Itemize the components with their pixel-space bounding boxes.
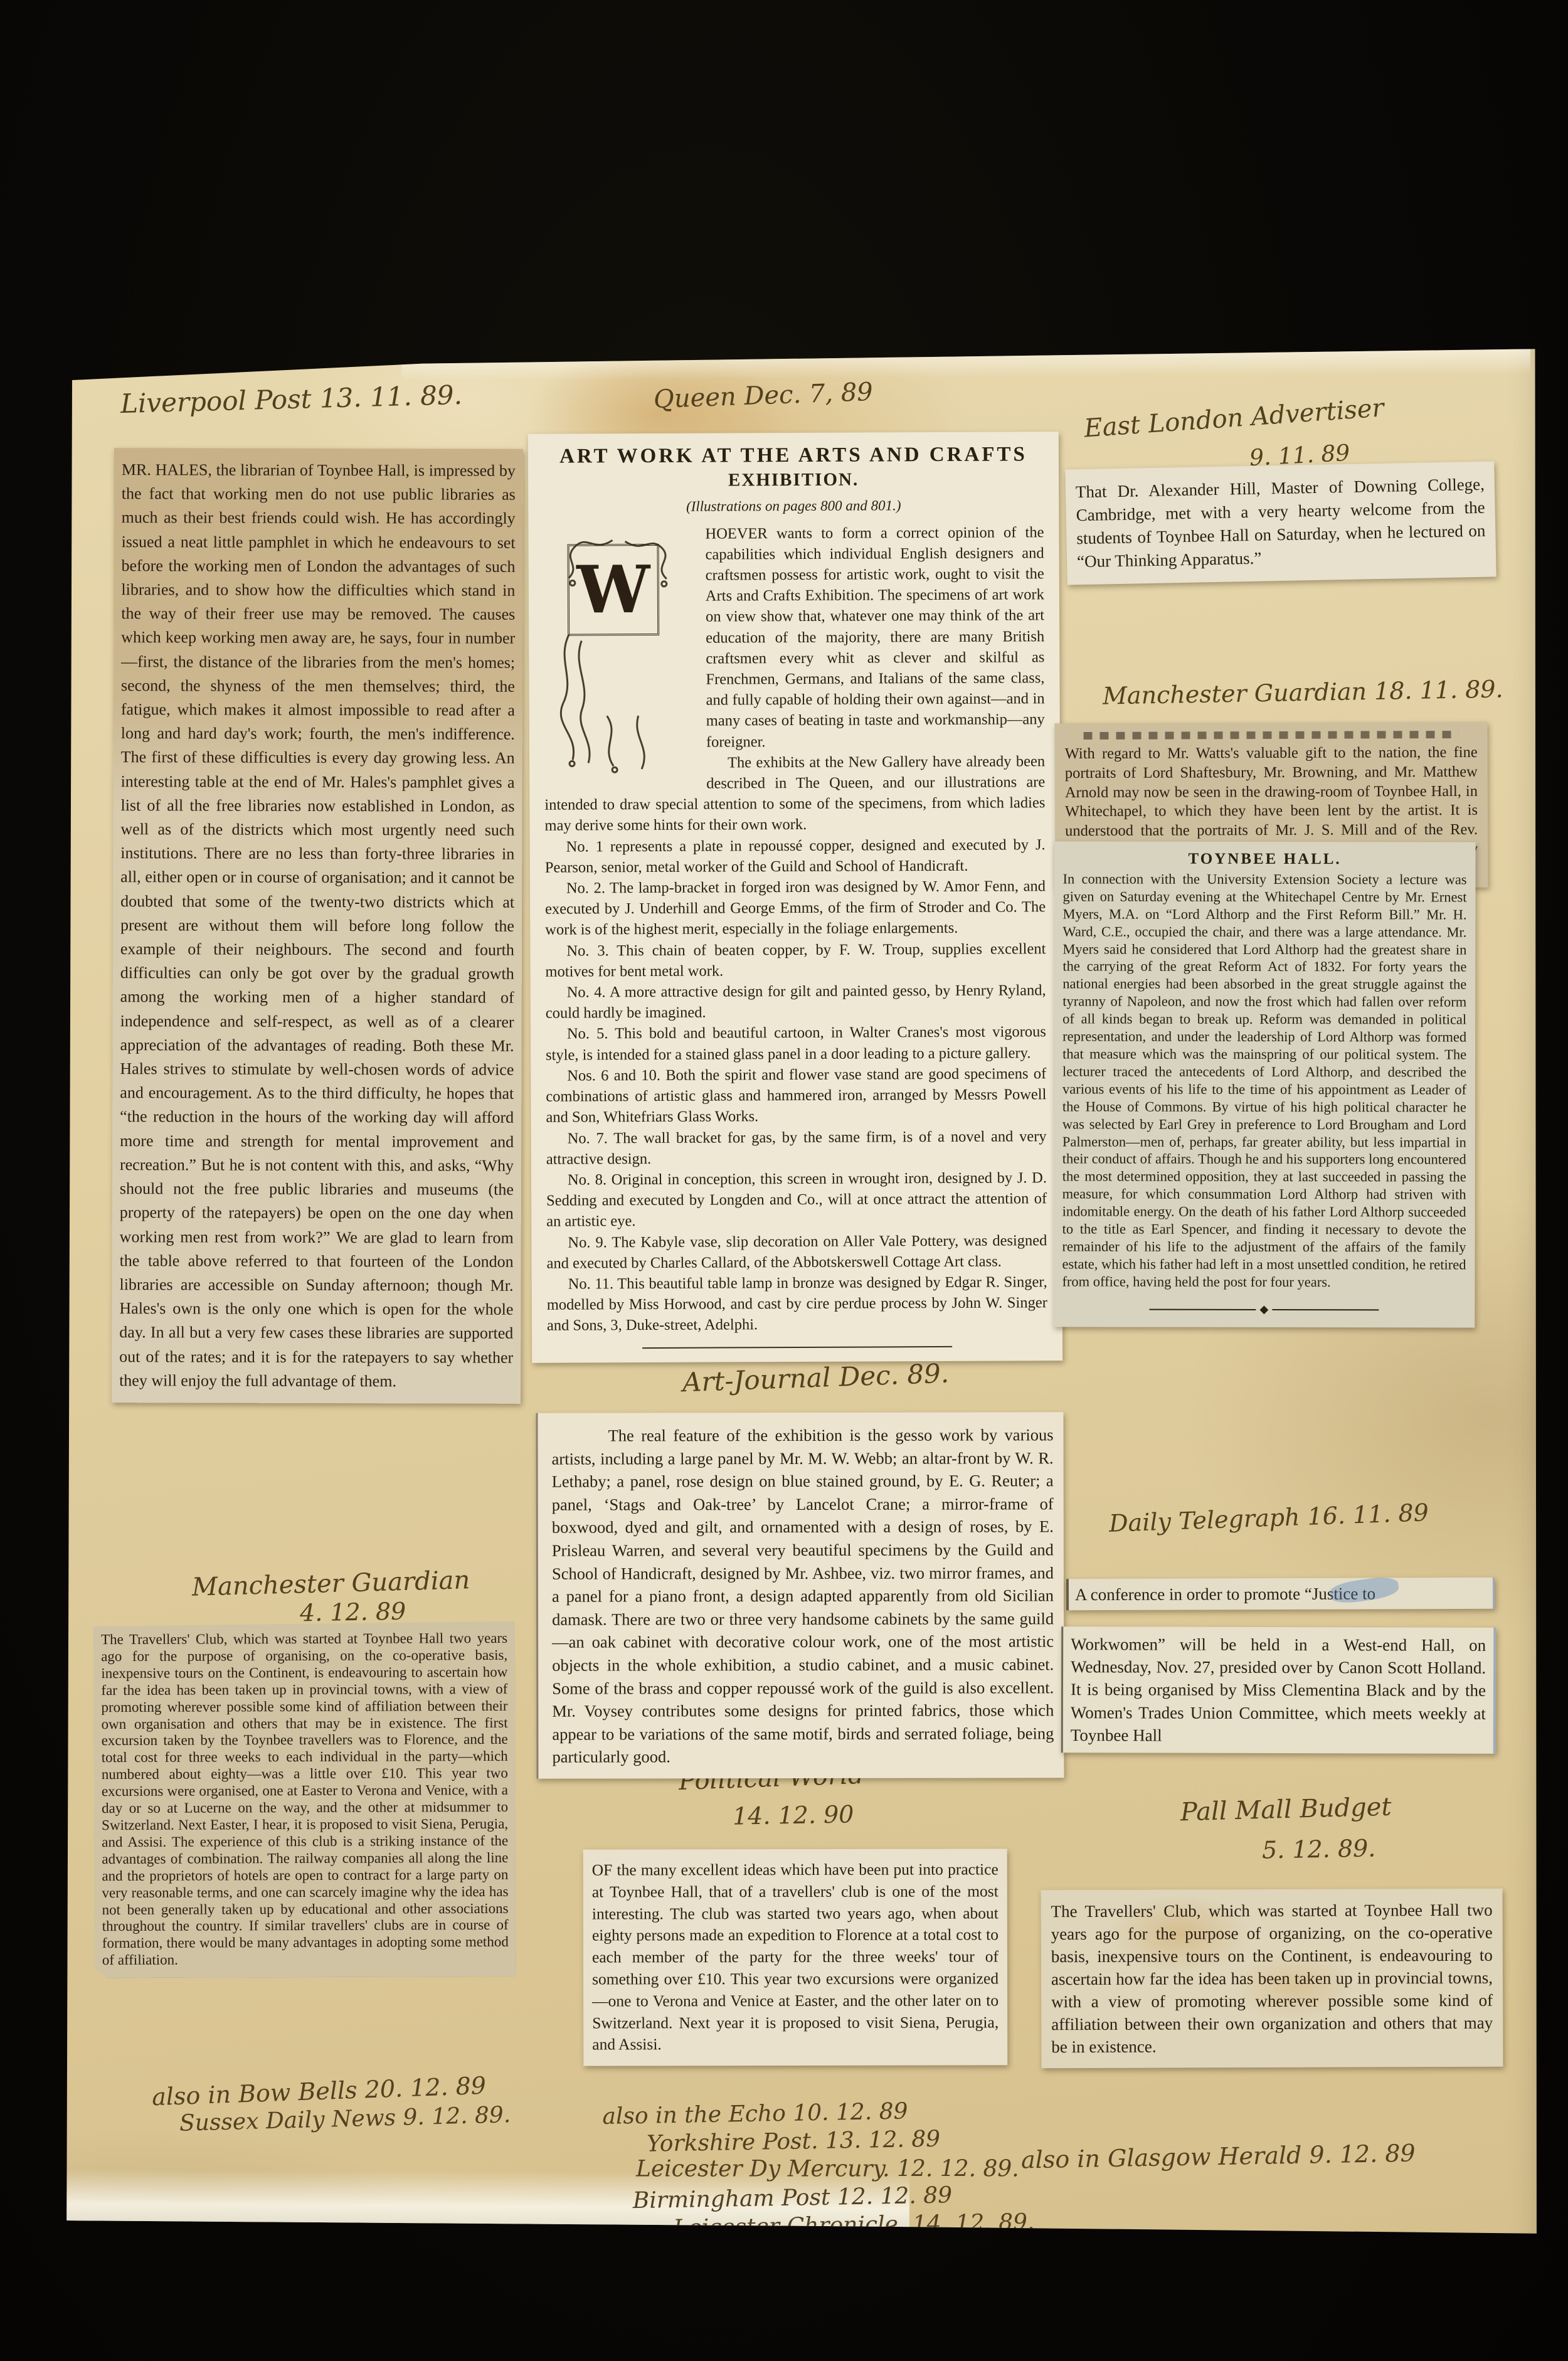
ornamental-initial-block: W — [543, 527, 695, 778]
handwritten-source-pall-mall-budget: Pall Mall Budget — [1180, 1793, 1392, 1827]
clipping-text: The Travellers' Club, which was started … — [1051, 1899, 1493, 2058]
handwritten-date-political-world: 14. 12. 90 — [733, 1800, 854, 1830]
handwritten-source-east-london-advertiser: East London Advertiser — [1083, 393, 1385, 443]
clipping-pall-mall-budget-travellers-club: The Travellers' Club, which was started … — [1041, 1889, 1503, 2069]
article-paragraph: No. 3. This chain of beaten copper, by F… — [545, 938, 1046, 982]
article-subhead: EXHIBITION. — [543, 469, 1044, 492]
clipping-text: That Dr. Alexander Hill, Master of Downi… — [1076, 473, 1486, 573]
handwritten-source-manchester-guardian-dec: Manchester Guardian — [191, 1566, 470, 1602]
article-paragraph: No. 7. The wall bracket for gas, by the … — [546, 1126, 1047, 1170]
decorative-end-rule: ◆ — [1062, 1300, 1466, 1318]
scrapbook-photograph: Liverpool Post 13. 11. 89. Queen Dec. 7,… — [0, 0, 1568, 2361]
clipping-daily-telegraph-justice-strip: A conference in order to promote “Justic… — [1066, 1578, 1495, 1610]
clipping-text: Workwomen” will be held in a West-end Ha… — [1071, 1633, 1486, 1748]
clipping-cambridge-express-toynbee-hall-lecture: TOYNBEE HALL. In connection with the Uni… — [1053, 841, 1475, 1327]
article-paragraph: No. 2. The lamp-bracket in forged iron w… — [545, 876, 1046, 940]
handwritten-source-art-journal: Art-Journal Dec. 89. — [682, 1358, 950, 1398]
handwritten-source-liverpool-post: Liverpool Post 13. 11. 89. — [120, 379, 462, 419]
clipping-text: MR. HALES, the librarian of Toynbee Hall… — [119, 458, 516, 1394]
also-list-item: Leicester Dy Mercury. 12. 12. 89. — [636, 2157, 1034, 2182]
also-list-item: also in the Echo 10. 12. 89 — [602, 2096, 1033, 2130]
handwritten-source-manchester-guardian-nov: Manchester Guardian 18. 11. 89. — [1103, 675, 1503, 709]
clipping-text: In connection with the University Extens… — [1062, 870, 1466, 1291]
clipping-header: TOYNBEE HALL. — [1063, 850, 1467, 868]
article-paragraph: No. 4. A more attractive design for gilt… — [546, 980, 1046, 1024]
drop-cap-initial: W — [568, 544, 660, 636]
end-rule — [642, 1345, 953, 1348]
article-paragraph: No. 5. This bold and beautiful cartoon, … — [546, 1022, 1046, 1066]
clipping-daily-telegraph-justice-body: Workwomen” will be held in a West-end Ha… — [1061, 1626, 1496, 1754]
article-paragraph: No. 8. Original in conception, this scre… — [546, 1167, 1047, 1232]
article-paragraph: Nos. 6 and 10. Both the spirit and flowe… — [546, 1063, 1046, 1128]
handwritten-also-published-list: also in the Echo 10. 12. 89 Yorkshire Po… — [602, 2096, 1035, 2245]
clipping-liverpool-post-hales-libraries: MR. HALES, the librarian of Toynbee Hall… — [112, 448, 523, 1404]
clipping-queen-arts-and-crafts: ART WORK AT THE ARTS AND CRAFTS EXHIBITI… — [528, 432, 1062, 1362]
also-list-item: Leicester Chronicle. 14. 12. 89. — [673, 2209, 1035, 2241]
torn-page-edge-top — [401, 346, 1530, 381]
article-paragraph: No. 1 represents a plate in repoussé cop… — [545, 834, 1046, 878]
clipping-text: The real feature of the exhibition is th… — [552, 1423, 1054, 1768]
clipping-text: A conference in order to promote “Justic… — [1075, 1583, 1486, 1605]
scrapbook-page: Liverpool Post 13. 11. 89. Queen Dec. 7,… — [0, 0, 1568, 2361]
also-list-item: Yorkshire Post. 13. 12. 89 — [647, 2125, 1034, 2157]
article-paragraph: No. 11. This beautiful table lamp in bro… — [547, 1271, 1047, 1336]
clipping-manchester-guardian-travellers-club: The Travellers' Club, which was started … — [93, 1621, 516, 1978]
handwritten-also-glasgow-herald: also in Glasgow Herald 9. 12. 89 — [1021, 2140, 1416, 2174]
handwritten-source-queen: Queen Dec. 7, 89 — [653, 378, 873, 414]
handwritten-date-manchester-guardian-dec: 4. 12. 89 — [300, 1598, 406, 1627]
illustrations-note: (Illustrations on pages 800 and 801.) — [543, 495, 1044, 518]
clipping-political-world-travellers-club: OF the many excellent ideas which have b… — [583, 1849, 1008, 2066]
cut-off-text-sliver — [1084, 731, 1459, 740]
article-headline: ART WORK AT THE ARTS AND CRAFTS — [543, 444, 1044, 467]
handwritten-date-pall-mall-budget: 5. 12. 89. — [1262, 1834, 1376, 1864]
clipping-east-london-advertiser-hill-lecture: That Dr. Alexander Hill, Master of Downi… — [1065, 461, 1496, 585]
handwritten-source-daily-telegraph: Daily Telegraph 16. 11. 89 — [1108, 1499, 1429, 1537]
clipping-text: The Travellers' Club, which was started … — [101, 1630, 509, 1969]
clipping-art-journal-gesso: The real feature of the exhibition is th… — [536, 1412, 1064, 1778]
clipping-text: OF the many excellent ideas which have b… — [592, 1859, 999, 2056]
article-paragraph: No. 9. The Kabyle vase, slip decoration … — [546, 1230, 1047, 1274]
also-list-item: Birmingham Post 12. 12. 89 — [632, 2181, 1034, 2214]
